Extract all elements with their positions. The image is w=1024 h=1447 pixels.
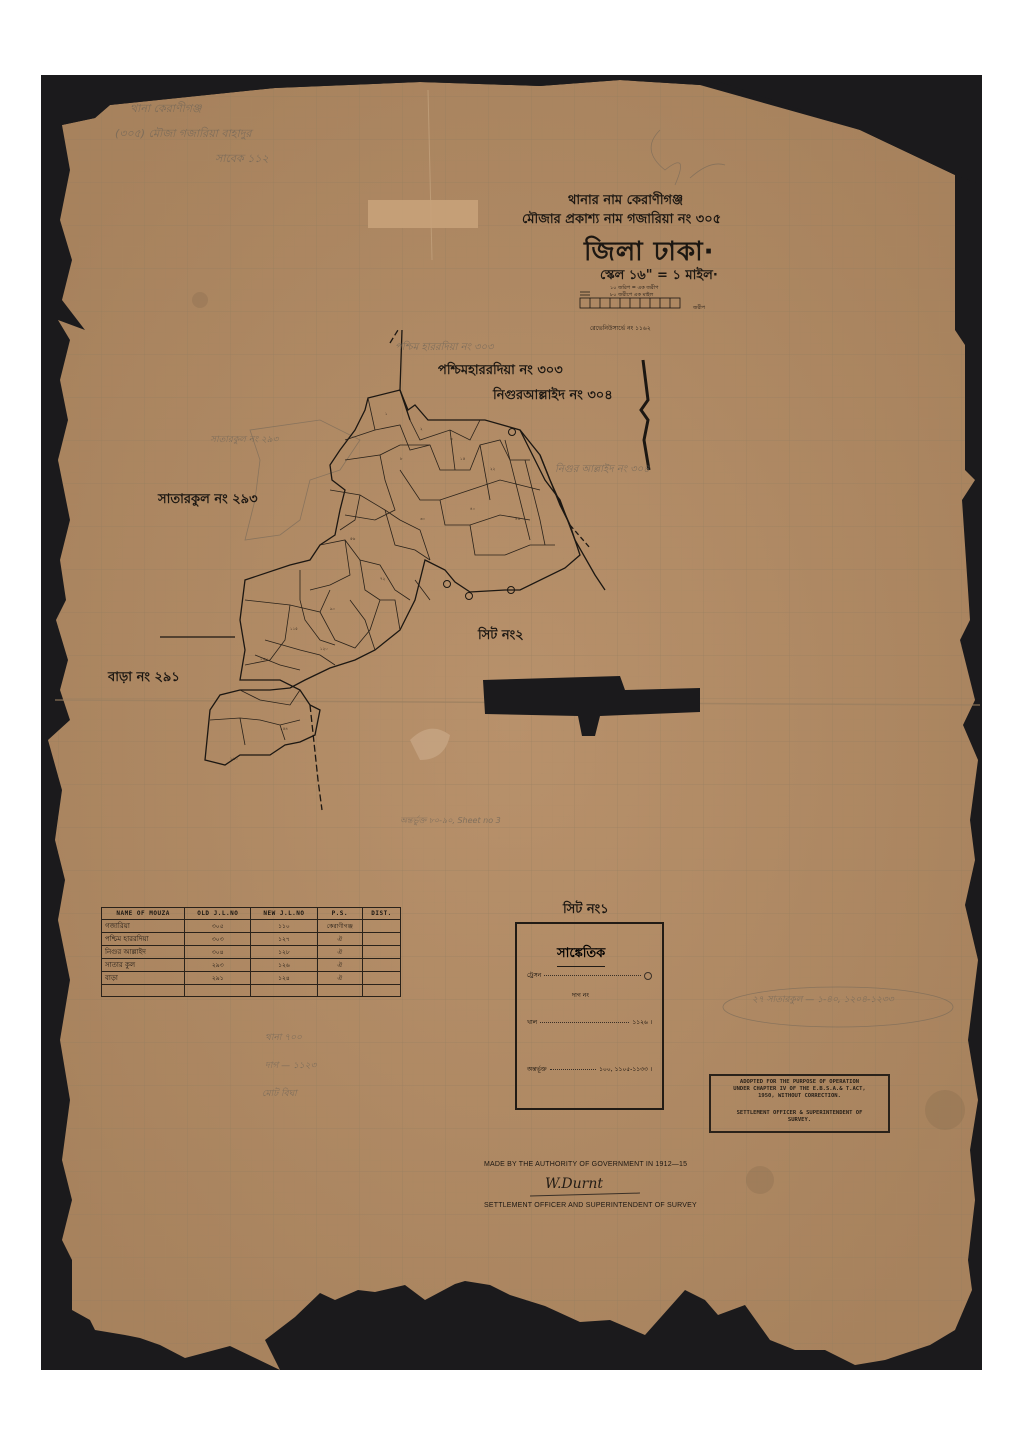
legend-item: দাগ নং <box>572 990 589 1001</box>
pencil-note: ২৭ সাতারকুল — ১-৪০, ১২০৪-১২৩৩ <box>752 992 894 1007</box>
pencil-note: নিগুর আল্লাইদ নং ৩০৪ <box>555 462 650 479</box>
table-cell: ঐ <box>317 933 363 946</box>
legend-value: ১০০, ১১০৫-১১৩৩ । <box>599 1064 652 1075</box>
sheet-1-label: সিট নং১ <box>563 900 609 921</box>
table-cell: সাতার কুল <box>102 959 185 972</box>
svg-text:৪৫: ৪৫ <box>515 516 521 521</box>
table-row: বাড়া২৯১১২৪ঐ <box>102 972 401 985</box>
adjacent-mouza-southwest: বাড়া নং ২৯১ <box>108 668 180 689</box>
svg-text:৮: ৮ <box>400 456 403 461</box>
authority-text: MADE BY THE AUTHORITY OF GOVERNMENT IN 1… <box>484 1161 687 1168</box>
legend-label: খাল <box>527 1017 537 1028</box>
stamp-line: 1950, WITHOUT CORRECTION. <box>711 1093 888 1100</box>
table-cell: পশ্চিম হাররদিয়া <box>102 933 185 946</box>
tape-patch <box>368 200 478 228</box>
svg-text:১৬০: ১৬০ <box>230 756 238 761</box>
stamp-line: UNDER CHAPTER IV OF THE E.B.S.A.& T.ACT, <box>711 1086 888 1093</box>
table-cell: ১২৭ <box>251 933 317 946</box>
pencil-note: মোট বিঘা <box>262 1086 297 1101</box>
thana-name: থানার নাম কেরাণীগঞ্জ <box>568 191 683 212</box>
svg-text:১: ১ <box>385 411 388 416</box>
resurvey-reference: রেভেনিউসার্ভে নং ১১৬২ <box>590 323 651 334</box>
svg-text:১৫৪: ১৫৪ <box>280 726 288 731</box>
pencil-note: সাতারকুল নং ২৯৩ <box>210 432 278 447</box>
table-header: NAME OF MOUZA <box>102 908 185 920</box>
table-cell: ঐ <box>317 959 363 972</box>
stamp-line: SURVEY. <box>711 1117 888 1124</box>
mouza-name: মৌজার প্রকাশ্য নাম গজারিয়া নং ৩০৫ <box>522 210 721 231</box>
pencil-note: থানা কেরাণীগঞ্জ <box>130 100 201 119</box>
legend-box: সাঙ্কেতিক ট্রেসন দাগ নং খাল ১১২৬ । অন্তর… <box>515 922 664 1110</box>
officer-title: SETTLEMENT OFFICER AND SUPERINTENDENT OF… <box>484 1202 697 1209</box>
table-cell: ২৯১ <box>185 972 251 985</box>
adoption-stamp: ADOPTED FOR THE PURPOSE OF OPERATION UND… <box>709 1074 890 1133</box>
table-cell: নিগুর আল্লাইদ <box>102 946 185 959</box>
table-header: DIST. <box>363 908 401 920</box>
table-row <box>102 985 401 997</box>
scale-bar-unit: জরীপ <box>693 305 705 313</box>
table-cell <box>317 985 363 997</box>
table-cell <box>102 985 185 997</box>
legend-label: ট্রেসন <box>527 970 541 981</box>
svg-text:৩০: ৩০ <box>420 516 426 521</box>
table-row: পশ্চিম হাররদিয়া৩০৩১২৭ঐ <box>102 933 401 946</box>
svg-text:২: ২ <box>420 426 423 431</box>
svg-text:৯০: ৯০ <box>330 606 336 611</box>
scale-bar-line2: ৮০ জরীপে এক মাইল <box>610 292 653 300</box>
svg-text:৪০: ৪০ <box>470 506 476 511</box>
scale-text: স্কেল ১৬" = ১ মাইল· <box>600 266 718 287</box>
svg-text:৭২: ৭২ <box>380 576 386 581</box>
table-cell <box>363 933 401 946</box>
table-cell: ১১০ <box>251 920 317 933</box>
table-cell: ১২৮ <box>251 946 317 959</box>
table-cell: ১২৪ <box>251 972 317 985</box>
svg-text:১২০: ১২০ <box>320 646 328 651</box>
legend-title: সাঙ্কেতিক <box>557 944 605 967</box>
table-cell <box>185 985 251 997</box>
sheet-2-label: সিট নং২ <box>478 626 524 647</box>
table-row: গজারিয়া৩০৫১১০কেরাণীগঞ্জ <box>102 920 401 933</box>
svg-text:৫৬: ৫৬ <box>350 536 356 541</box>
table-cell <box>363 920 401 933</box>
table-cell: ঐ <box>317 972 363 985</box>
pencil-note: পশ্চিম হাররদিয়া নং ৩০৩ <box>395 340 494 357</box>
table-header: P.S. <box>317 908 363 920</box>
legend-label: অন্তর্ভূক্ত <box>527 1064 547 1075</box>
table-cell: ৩০৩ <box>185 933 251 946</box>
legend-item: ট্রেসন <box>527 970 652 981</box>
adjacent-mouza-northeast: নিগুরআল্লাইদ নং ৩০৪ <box>493 386 613 407</box>
table-header: OLD J.L.NO <box>185 908 251 920</box>
table-cell: ঐ <box>317 946 363 959</box>
table-cell: কেরাণীগঞ্জ <box>317 920 363 933</box>
pencil-note: দাগ — ১১২৩ <box>265 1058 316 1073</box>
table-cell: ৩০৫ <box>185 920 251 933</box>
table-cell: বাড়া <box>102 972 185 985</box>
stamp-line: SETTLEMENT OFFICER & SUPERINTENDENT OF <box>711 1110 888 1117</box>
pencil-note: সাবেক ১১২ <box>215 150 269 169</box>
stamp-line: ADOPTED FOR THE PURPOSE OF OPERATION <box>711 1079 888 1086</box>
table-cell <box>251 985 317 997</box>
table-row: সাতার কুল২৯৩১২৬ঐ <box>102 959 401 972</box>
pencil-note: (৩০৫) মৌজা গজারিয়া বাহাদুর <box>115 125 251 144</box>
table-cell: গজারিয়া <box>102 920 185 933</box>
svg-text:১৫: ১৫ <box>460 456 466 461</box>
legend-value: ১১২৬ । <box>632 1017 652 1028</box>
legend-item: খাল ১১২৬ । <box>527 1017 652 1028</box>
svg-text:৩: ৩ <box>450 436 453 441</box>
svg-text:১১৫: ১১৫ <box>290 626 298 631</box>
legend-label: দাগ নং <box>572 990 589 1001</box>
pencil-note: থানা ৭০০ <box>265 1030 302 1045</box>
legend-item: অন্তর্ভূক্ত ১০০, ১১০৫-১১৩৩ । <box>527 1064 652 1075</box>
adjacent-mouza-west: সাতারকুল নং ২৯৩ <box>158 490 258 511</box>
table-cell <box>363 972 401 985</box>
table-cell <box>363 946 401 959</box>
table-cell: ১২৬ <box>251 959 317 972</box>
table-cell: ২৯৩ <box>185 959 251 972</box>
signature: W.Durnt <box>545 1176 603 1192</box>
svg-text:২২: ২২ <box>490 466 496 471</box>
pencil-note: অন্তর্ভুক্ত ৮০-৯০, Sheet no 3 <box>400 815 501 828</box>
trijunction-circle-icon <box>644 972 652 980</box>
table-row: নিগুর আল্লাইদ৩০৪১২৮ঐ <box>102 946 401 959</box>
table-header: NEW J.L.NO <box>251 908 317 920</box>
svg-text:১৩০: ১৩০ <box>260 656 268 661</box>
table-cell <box>363 959 401 972</box>
mouza-table: NAME OF MOUZA OLD J.L.NO NEW J.L.NO P.S.… <box>101 907 401 997</box>
map-sheet: ১২৩ ৮১৫২২ ৩০৪০৪৫ ৫৬৭২৯০ ১১৫১২০১৩০ ১৫৪১৬০ <box>0 0 1024 1447</box>
adjacent-mouza-north: পশ্চিমহাররদিয়া নং ৩০৩ <box>438 361 563 382</box>
table-cell <box>363 985 401 997</box>
table-cell: ৩০৪ <box>185 946 251 959</box>
